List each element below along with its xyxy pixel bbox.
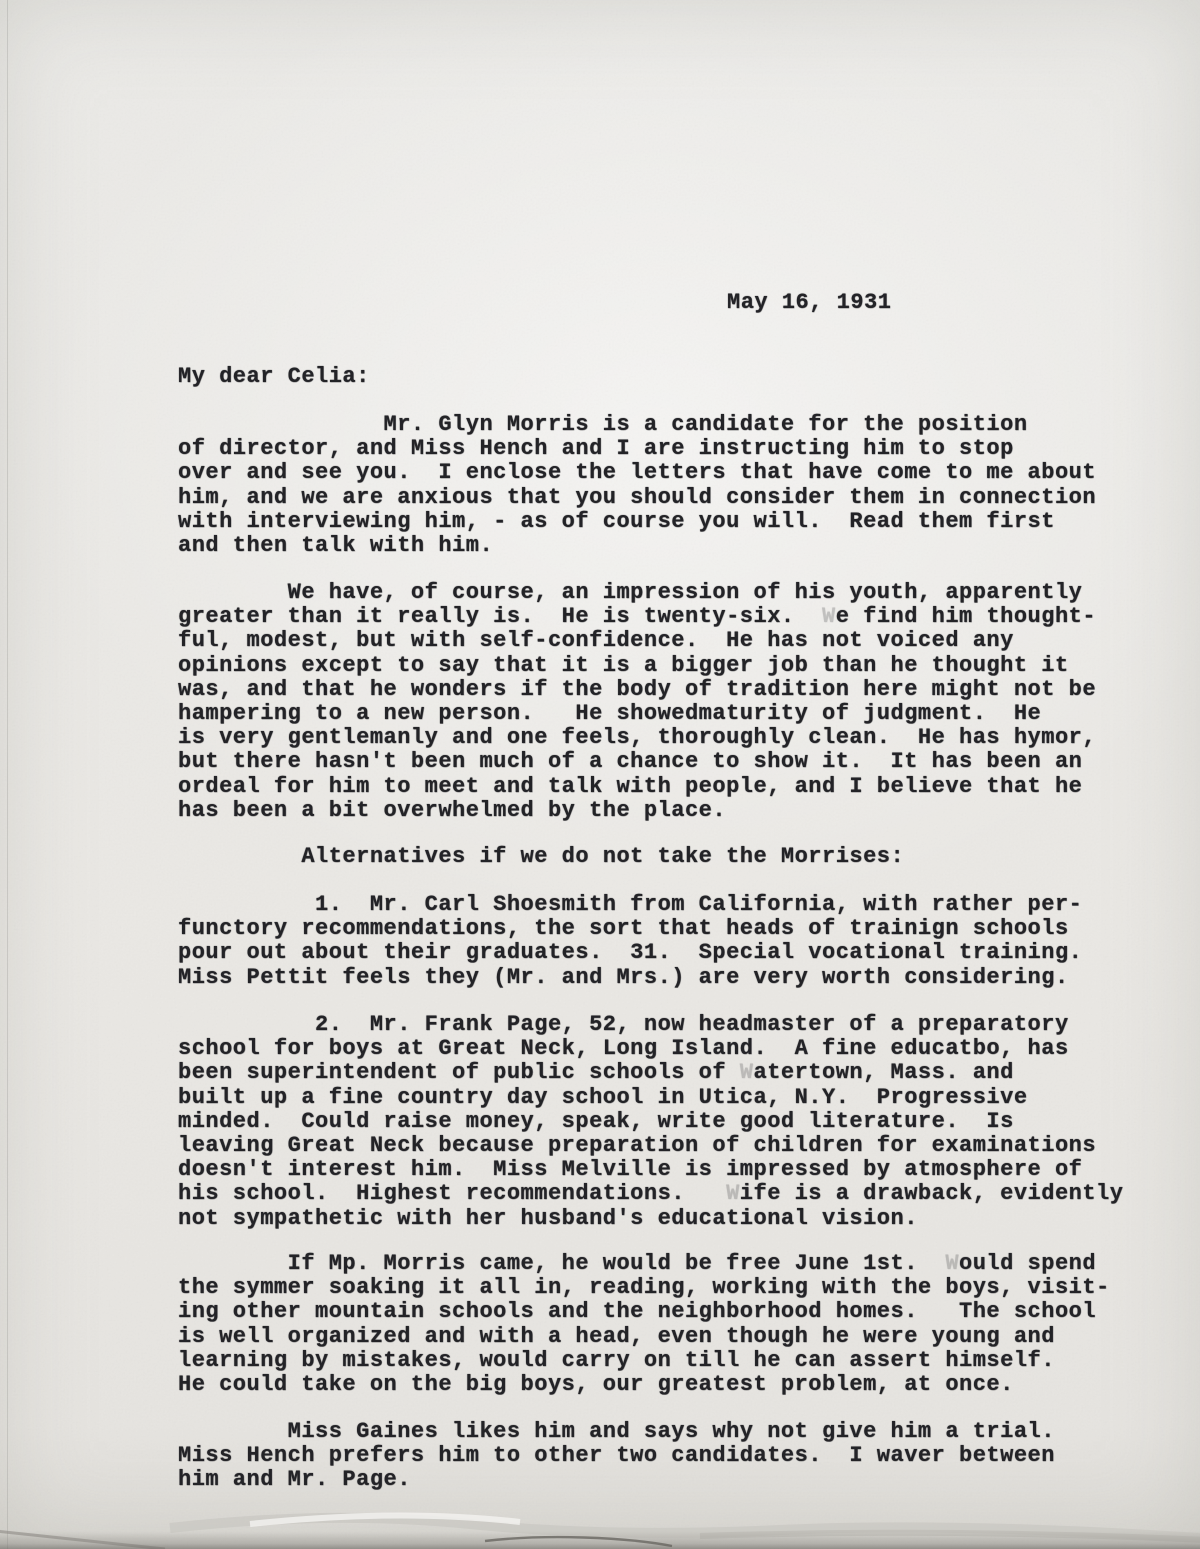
paragraph-impressions: We have, of course, an impression of his…: [178, 581, 1096, 823]
text-line: greater than it really is. He is twenty-…: [178, 605, 1096, 629]
text-line: ful, modest, but with self-confidence. H…: [178, 629, 1096, 653]
paper-edge-line: [7, 0, 8, 1549]
text-line: but there hasn't been much of a chance t…: [178, 750, 1096, 774]
text-line: was, and that he wonders if the body of …: [178, 678, 1096, 702]
letter-page: May 16, 1931 My dear Celia: Mr. Glyn Mor…: [0, 0, 1200, 1549]
text-line: minded. Could raise money, speak, write …: [178, 1110, 1123, 1134]
text-line: Miss Pettit feels they (Mr. and Mrs.) ar…: [178, 966, 1082, 990]
letter-date: May 16, 1931: [727, 291, 891, 315]
text-line: over and see you. I enclose the letters …: [178, 461, 1096, 485]
text-line: not sympathetic with her husband's educa…: [178, 1207, 1123, 1231]
text-line: opinions except to say that it is a bigg…: [178, 654, 1096, 678]
text-line: doesn't interest him. Miss Melville is i…: [178, 1158, 1123, 1182]
text-line: the symmer soaking it all in, reading, w…: [178, 1276, 1110, 1300]
text-line: his school. Highest recommendations. Wif…: [178, 1182, 1123, 1206]
text-line: Miss Hench prefers him to other two cand…: [178, 1444, 1055, 1468]
text-line: learning by mistakes, would carry on til…: [178, 1349, 1110, 1373]
text-line: Mr. Glyn Morris is a candidate for the p…: [178, 413, 1096, 437]
text-line: been superintendent of public schools of…: [178, 1061, 1123, 1085]
text-line: Alternatives if we do not take the Morri…: [178, 845, 904, 869]
text-line: We have, of course, an impression of his…: [178, 581, 1096, 605]
text-line: him, and we are anxious that you should …: [178, 486, 1096, 510]
letter-salutation: My dear Celia:: [178, 365, 370, 389]
text-line: hampering to a new person. He showedmatu…: [178, 702, 1096, 726]
text-line: pour out about their graduates. 31. Spec…: [178, 941, 1082, 965]
text-line: functory recommendations, the sort that …: [178, 917, 1082, 941]
text-line: is well organized and with a head, even …: [178, 1325, 1110, 1349]
text-line: of director, and Miss Hench and I are in…: [178, 437, 1096, 461]
paragraph-candidate-2-page: 2. Mr. Frank Page, 52, now headmaster of…: [178, 1013, 1123, 1231]
text-line: built up a fine country day school in Ut…: [178, 1086, 1123, 1110]
text-line: If Mp. Morris came, he would be free Jun…: [178, 1252, 1110, 1276]
paper-bottom-shadow: [0, 1531, 1200, 1549]
paragraph-morris-plan: If Mp. Morris came, he would be free Jun…: [178, 1252, 1110, 1397]
text-line: He could take on the big boys, our great…: [178, 1373, 1110, 1397]
text-line: Miss Gaines likes him and says why not g…: [178, 1420, 1055, 1444]
text-line: school for boys at Great Neck, Long Isla…: [178, 1037, 1123, 1061]
paragraph-closing: Miss Gaines likes him and says why not g…: [178, 1420, 1055, 1493]
text-line: with interviewing him, - as of course yo…: [178, 510, 1096, 534]
text-line: ordeal for him to meet and talk with peo…: [178, 775, 1096, 799]
paragraph-candidate-1-shoesmith: 1. Mr. Carl Shoesmith from California, w…: [178, 893, 1082, 990]
text-line: him and Mr. Page.: [178, 1468, 1055, 1492]
text-line: is very gentlemanly and one feels, thoro…: [178, 726, 1096, 750]
text-line: 1. Mr. Carl Shoesmith from California, w…: [178, 893, 1082, 917]
text-line: leaving Great Neck because preparation o…: [178, 1134, 1123, 1158]
text-line: has been a bit overwhelmed by the place.: [178, 799, 1096, 823]
text-line: 2. Mr. Frank Page, 52, now headmaster of…: [178, 1013, 1123, 1037]
text-line: and then talk with him.: [178, 534, 1096, 558]
paragraph-alternatives-heading: Alternatives if we do not take the Morri…: [178, 845, 904, 869]
paragraph-opening: Mr. Glyn Morris is a candidate for the p…: [178, 413, 1096, 558]
text-line: ing other mountain schools and the neigh…: [178, 1300, 1110, 1324]
